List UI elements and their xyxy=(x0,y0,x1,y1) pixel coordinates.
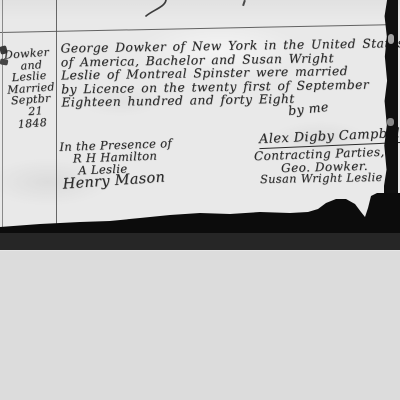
scan-background-mat xyxy=(0,250,400,400)
ink-flourish xyxy=(144,0,170,22)
witness-block: In the Presence of R H Hamilton A Leslie… xyxy=(59,137,173,189)
party-signature: Susan Wright Leslie xyxy=(260,171,383,186)
margin-line: 1848 xyxy=(7,116,58,131)
margin-annotation: Dowker and Leslie Married Septbr 21 1848 xyxy=(2,46,58,130)
attestation-phrase: by me xyxy=(287,99,329,118)
scan-artifact-spot xyxy=(387,118,394,126)
record-text-line: Eighteen hundred and forty Eight xyxy=(61,91,381,110)
record-body: George Dowker of New York in the United … xyxy=(60,37,381,110)
document-scan: Dowker and Leslie Married Septbr 21 1848… xyxy=(0,0,400,400)
ruled-line xyxy=(0,24,387,33)
scanner-dark-band xyxy=(0,233,400,250)
scan-artifact-spot xyxy=(388,34,394,44)
page-edge-line xyxy=(2,0,3,232)
scan-edge-shadow xyxy=(384,0,398,202)
ink-tick-mark xyxy=(242,0,246,6)
